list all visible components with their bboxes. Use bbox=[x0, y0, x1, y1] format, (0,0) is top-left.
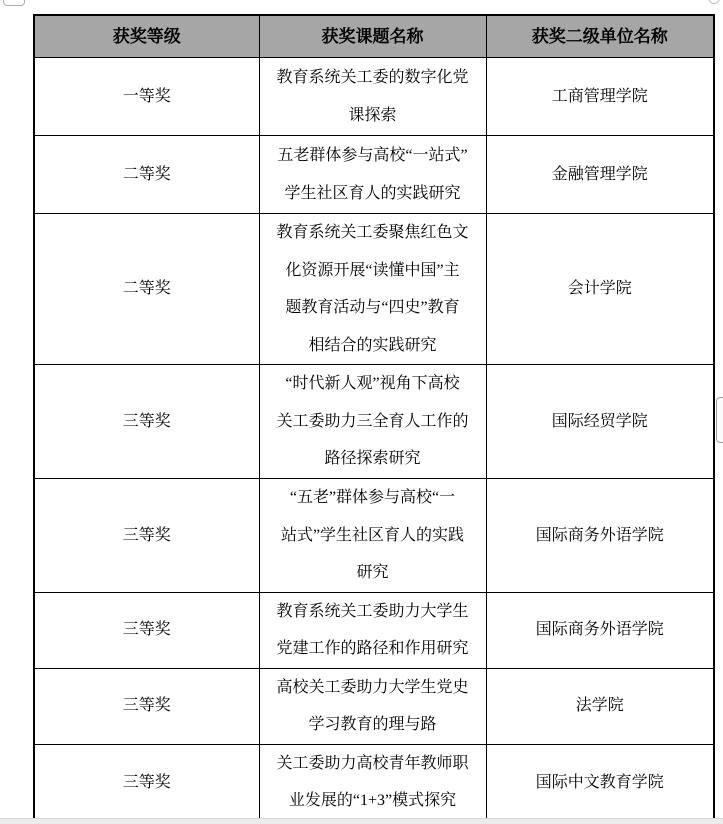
clipped-floating-button[interactable] bbox=[3, 0, 25, 6]
table-row: 三等奖 教育系统关工委助力大学生 党建工作的路径和作用研究 国际商务外语学院 bbox=[34, 592, 714, 668]
cell-award-level[interactable]: 三等奖 bbox=[34, 744, 259, 821]
cell-unit-name[interactable]: 法学院 bbox=[486, 668, 714, 744]
awards-table: 获奖等级 获奖课题名称 获奖二级单位名称 一等奖 教育系统关工委的数字化党 课探… bbox=[33, 14, 715, 822]
scrollbar-thumb[interactable] bbox=[716, 397, 723, 443]
column-header-unit-name[interactable]: 获奖二级单位名称 bbox=[486, 15, 714, 58]
cell-project-name[interactable]: “时代新人观”视角下高校 关工委助力三全育人工作的 路径探索研究 bbox=[259, 365, 486, 479]
table-row: 三等奖 “五老”群体参与高校“一 站式”学生社区育人的实践 研究 国际商务外语学… bbox=[34, 479, 714, 593]
table-row: 二等奖 五老群体参与高校“一站式” 学生社区育人的实践研究 金融管理学院 bbox=[34, 136, 714, 214]
cell-award-level[interactable]: 三等奖 bbox=[34, 668, 259, 744]
table-row: 二等奖 教育系统关工委聚焦红色文 化资源开展“读懂中国”主 题教育活动与“四史”… bbox=[34, 214, 714, 365]
cell-unit-name[interactable]: 工商管理学院 bbox=[486, 58, 714, 136]
table-row: 三等奖 高校关工委助力大学生党史 学习教育的理与路 法学院 bbox=[34, 668, 714, 744]
clipped-corner-widget[interactable] bbox=[708, 0, 720, 4]
cell-award-level[interactable]: 三等奖 bbox=[34, 365, 259, 479]
cell-project-name[interactable]: “五老”群体参与高校“一 站式”学生社区育人的实践 研究 bbox=[259, 479, 486, 593]
cell-award-level[interactable]: 二等奖 bbox=[34, 214, 259, 365]
cell-project-name[interactable]: 关工委助力高校青年教师职 业发展的“1+3”模式探究 bbox=[259, 744, 486, 821]
cell-unit-name[interactable]: 金融管理学院 bbox=[486, 136, 714, 214]
cell-unit-name[interactable]: 国际商务外语学院 bbox=[486, 592, 714, 668]
page-edge-strip bbox=[0, 818, 723, 824]
column-header-project-name[interactable]: 获奖课题名称 bbox=[259, 15, 486, 58]
cell-project-name[interactable]: 教育系统关工委聚焦红色文 化资源开展“读懂中国”主 题教育活动与“四史”教育 相… bbox=[259, 214, 486, 365]
cell-award-level[interactable]: 一等奖 bbox=[34, 58, 259, 136]
cell-project-name[interactable]: 高校关工委助力大学生党史 学习教育的理与路 bbox=[259, 668, 486, 744]
cell-project-name[interactable]: 教育系统关工委助力大学生 党建工作的路径和作用研究 bbox=[259, 592, 486, 668]
table-row: 三等奖 关工委助力高校青年教师职 业发展的“1+3”模式探究 国际中文教育学院 bbox=[34, 744, 714, 821]
cell-award-level[interactable]: 二等奖 bbox=[34, 136, 259, 214]
table-header-row: 获奖等级 获奖课题名称 获奖二级单位名称 bbox=[34, 15, 714, 58]
cell-unit-name[interactable]: 国际商务外语学院 bbox=[486, 479, 714, 593]
table-row: 一等奖 教育系统关工委的数字化党 课探索 工商管理学院 bbox=[34, 58, 714, 136]
cell-project-name[interactable]: 教育系统关工委的数字化党 课探索 bbox=[259, 58, 486, 136]
cell-project-name[interactable]: 五老群体参与高校“一站式” 学生社区育人的实践研究 bbox=[259, 136, 486, 214]
cell-unit-name[interactable]: 会计学院 bbox=[486, 214, 714, 365]
column-header-award-level[interactable]: 获奖等级 bbox=[34, 15, 259, 58]
cell-unit-name[interactable]: 国际经贸学院 bbox=[486, 365, 714, 479]
cell-award-level[interactable]: 三等奖 bbox=[34, 592, 259, 668]
cell-award-level[interactable]: 三等奖 bbox=[34, 479, 259, 593]
table-row: 三等奖 “时代新人观”视角下高校 关工委助力三全育人工作的 路径探索研究 国际经… bbox=[34, 365, 714, 479]
cell-unit-name[interactable]: 国际中文教育学院 bbox=[486, 744, 714, 821]
